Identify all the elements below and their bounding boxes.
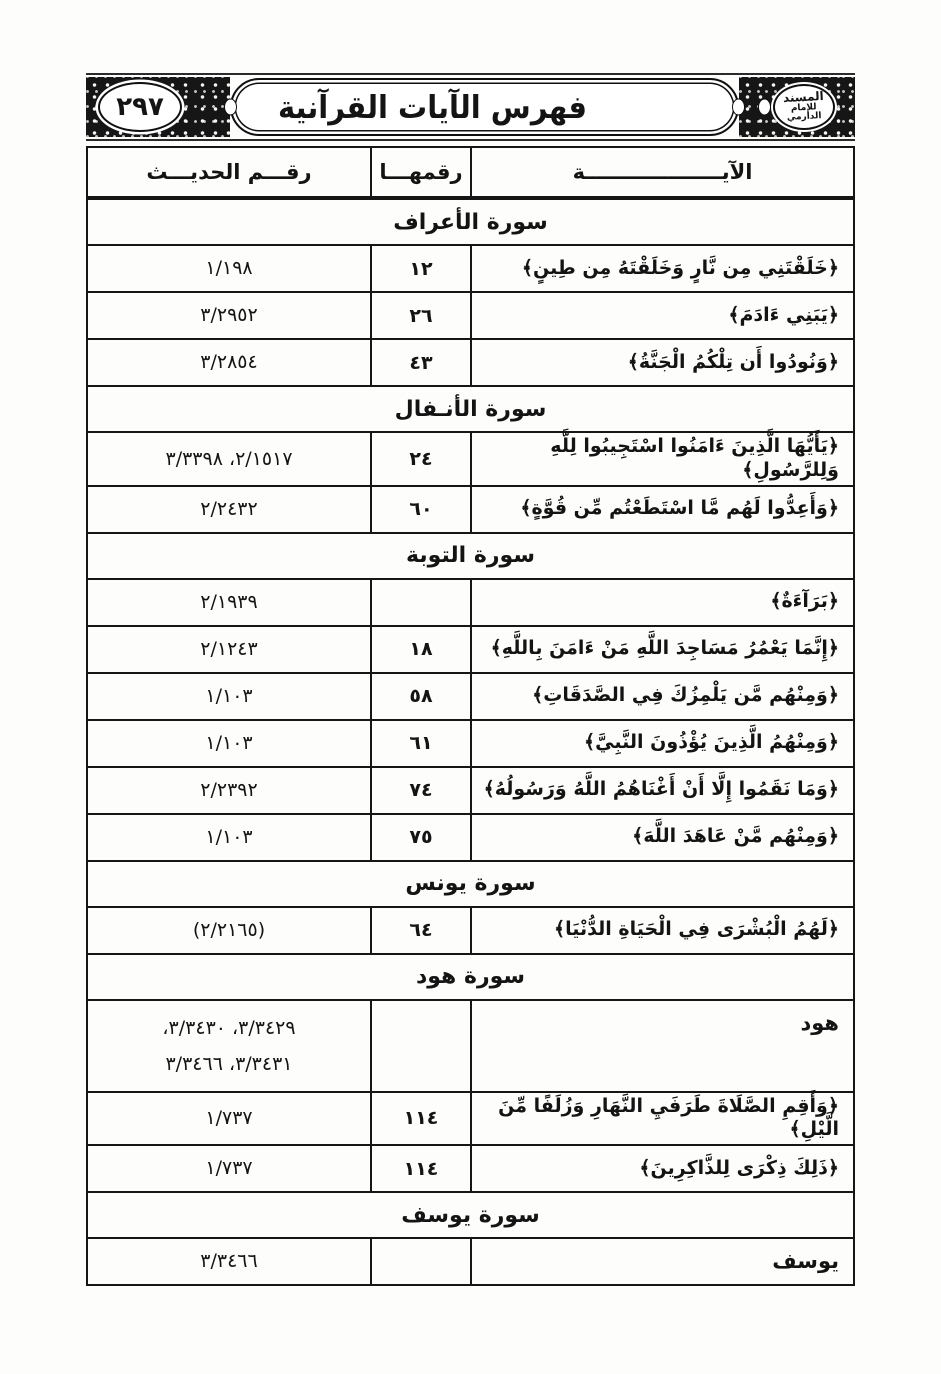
verse-row: ﴿يَبَنِي ءَادَمَ﴾ ٢٦ ٣/٢٩٥٢: [88, 291, 853, 338]
hadith-ref-cell: ٢/٢٣٩٢: [88, 768, 372, 813]
verse-number-cell: ٢٦: [372, 293, 472, 338]
page-number: ٢٩٧: [116, 92, 164, 122]
verse-row: ﴿خَلَقْتَنِي مِن نَّارٍ وَخَلَقْتَهُ مِن…: [88, 244, 853, 291]
verse-cell: ﴿وَأَعِدُّوا لَهُم مَّا اسْتَطَعْتُم مِّ…: [472, 487, 853, 532]
hadith-ref-cell: ١/١٠٣: [88, 721, 372, 766]
verse-cell: ﴿وَمِنْهُمُ الَّذِينَ يُؤْذُونَ النَّبِي…: [472, 721, 853, 766]
surah-header: سورة يوسف: [88, 1191, 853, 1237]
banner-ornament-strip-left: [194, 77, 230, 137]
publisher-seal: المسند للإمام الدارمي: [765, 77, 842, 137]
surah-title: سورة يوسف: [401, 1203, 540, 1228]
surah-header: سورة هود: [88, 953, 853, 999]
title-cartouche: فهرس الآيات القرآنية: [230, 78, 739, 136]
banner-wrap: المسند للإمام الدارمي فهرس الآيات القرآن…: [86, 0, 855, 141]
verse-row: يوسف ٣/٣٤٦٦: [88, 1237, 853, 1284]
hadith-ref-cell: ٢/١٥١٧، ٣/٣٣٩٨: [88, 433, 372, 485]
verse-row: ﴿وَأَقِمِ الصَّلَاةَ طَرَفَيِ النَّهَارِ…: [88, 1091, 853, 1145]
page-number-oval: ٢٩٧: [98, 82, 182, 132]
verse-cell: ﴿إِنَّمَا يَعْمُرُ مَسَاجِدَ اللَّهِ مَن…: [472, 627, 853, 672]
banner-edge-ornament: [842, 77, 855, 137]
surah-header: سورة الأعراف: [88, 198, 853, 244]
header-hadith-number: رقـــم الحديـــث: [88, 148, 372, 196]
verse-number-cell: [372, 1239, 472, 1284]
verse-number-cell: ٧٤: [372, 768, 472, 813]
surah-header: سورة يونس: [88, 860, 853, 906]
verse-cell: ﴿يَبَنِي ءَادَمَ﴾: [472, 293, 853, 338]
verse-row: ﴿وَمَا نَقَمُوا إِلَّا أَنْ أَغْنَاهُمُ …: [88, 766, 853, 813]
verse-number-cell: ٦٠: [372, 487, 472, 532]
verse-cell: ﴿بَرَآءَةٌ﴾: [472, 580, 853, 625]
verse-row: ﴿وَمِنْهُمُ الَّذِينَ يُؤْذُونَ النَّبِي…: [88, 719, 853, 766]
hadith-ref-cell: ١/١٩٨: [88, 246, 372, 291]
ornament-dot-icon: [732, 99, 745, 116]
verse-cell: يوسف: [472, 1239, 853, 1284]
verse-cell: ﴿يَأَيُّهَا الَّذِينَ ءَامَنُوا اسْتَجِي…: [472, 433, 853, 485]
verse-cell: هود: [472, 1001, 853, 1091]
hadith-ref-cell: ٣/٢٨٥٤: [88, 340, 372, 385]
verse-cell: ﴿خَلَقْتَنِي مِن نَّارٍ وَخَلَقْتَهُ مِن…: [472, 246, 853, 291]
ornament-dot-icon: [758, 99, 771, 116]
verse-number-cell: ٦١: [372, 721, 472, 766]
page-number-badge: ٢٩٧: [86, 77, 194, 137]
header-verse-number: رقمهـــا: [372, 148, 472, 196]
hadith-ref-cell: ٣/٣٤٦٦: [88, 1239, 372, 1284]
verse-row: ﴿بَرَآءَةٌ﴾ ٢/١٩٣٩: [88, 578, 853, 625]
verse-cell: ﴿وَمِنْهُم مَّنْ عَاهَدَ اللَّهَ﴾: [472, 815, 853, 860]
verse-cell: ﴿لَهُمُ الْبُشْرَى فِي الْحَيَاةِ الدُّن…: [472, 908, 853, 953]
surah-title: سورة الأنـفال: [395, 397, 547, 422]
verse-number-cell: ٢٤: [372, 433, 472, 485]
verse-row: ﴿وَأَعِدُّوا لَهُم مَّا اسْتَطَعْتُم مِّ…: [88, 485, 853, 532]
verse-index-table: الآيـــــــــــــــــــة رقمهـــا رقـــم…: [86, 146, 855, 1286]
book-page: المسند للإمام الدارمي فهرس الآيات القرآن…: [0, 0, 941, 1374]
verse-cell: ﴿وَمَا نَقَمُوا إِلَّا أَنْ أَغْنَاهُمُ …: [472, 768, 853, 813]
verse-cell: ﴿وَأَقِمِ الصَّلَاةَ طَرَفَيِ النَّهَارِ…: [472, 1093, 853, 1145]
verse-cell: ﴿وَمِنْهُم مَّن يَلْمِزُكَ فِي الصَّدَقَ…: [472, 674, 853, 719]
page-title: فهرس الآيات القرآنية: [278, 89, 587, 126]
hadith-ref-cell: (٢/٢١٦٥): [88, 908, 372, 953]
surah-title: سورة هود: [416, 964, 525, 989]
hadith-ref-cell: ٢/١٢٤٣: [88, 627, 372, 672]
publisher-seal-calligraphy-icon: المسند للإمام الدارمي: [773, 84, 835, 130]
verse-number-cell: ١١٤: [372, 1146, 472, 1191]
hadith-ref-cell: ١/٧٣٧: [88, 1093, 372, 1145]
hadith-ref-cell: ٣/٣٤٢٩، ٣/٣٤٣٠، ٣/٣٤٣١، ٣/٣٤٦٦: [88, 1001, 372, 1091]
ornament-dot-icon: [224, 99, 237, 116]
verse-number-cell: ٤٣: [372, 340, 472, 385]
hadith-ref-cell: ٢/٢٤٣٢: [88, 487, 372, 532]
surah-title: سورة التوبة: [406, 543, 535, 568]
hadith-ref-cell: ١/١٠٣: [88, 815, 372, 860]
verse-number-cell: ٦٤: [372, 908, 472, 953]
verse-number-cell: [372, 580, 472, 625]
verse-row: ﴿لَهُمُ الْبُشْرَى فِي الْحَيَاةِ الدُّن…: [88, 906, 853, 953]
hadith-ref-cell: ٣/٢٩٥٢: [88, 293, 372, 338]
surah-title: سورة الأعراف: [393, 210, 548, 235]
verse-row: ﴿يَأَيُّهَا الَّذِينَ ءَامَنُوا اسْتَجِي…: [88, 431, 853, 485]
scanned-book-page: { "header": { "page_number": "٢٩٧", "tit…: [0, 0, 941, 1374]
verse-cell: ﴿وَنُودُوا أَن تِلْكُمُ الْجَنَّةُ﴾: [472, 340, 853, 385]
hadith-ref-cell: ١/١٠٣: [88, 674, 372, 719]
page-header-banner: المسند للإمام الدارمي فهرس الآيات القرآن…: [86, 73, 855, 141]
surah-title: سورة يونس: [405, 871, 535, 896]
verse-cell: ﴿ذَلِكَ ذِكْرَى لِلذَّاكِرِينَ﴾: [472, 1146, 853, 1191]
surah-header: سورة التوبة: [88, 532, 853, 578]
verse-row: ﴿إِنَّمَا يَعْمُرُ مَسَاجِدَ اللَّهِ مَن…: [88, 625, 853, 672]
verse-number-cell: ٧٥: [372, 815, 472, 860]
verse-row: هود ٣/٣٤٢٩، ٣/٣٤٣٠، ٣/٣٤٣١، ٣/٣٤٦٦: [88, 999, 853, 1091]
hadith-ref-cell: ١/٧٣٧: [88, 1146, 372, 1191]
verse-number-cell: ١٨: [372, 627, 472, 672]
verse-number-cell: ٥٨: [372, 674, 472, 719]
verse-row: ﴿ذَلِكَ ذِكْرَى لِلذَّاكِرِينَ﴾ ١١٤ ١/٧٣…: [88, 1144, 853, 1191]
verse-row: ﴿وَنُودُوا أَن تِلْكُمُ الْجَنَّةُ﴾ ٤٣ ٣…: [88, 338, 853, 385]
verse-number-cell: ١١٤: [372, 1093, 472, 1145]
verse-number-cell: ١٢: [372, 246, 472, 291]
seal-text-line2: للإمام الدارمي: [774, 102, 833, 124]
hadith-ref-cell: ٢/١٩٣٩: [88, 580, 372, 625]
surah-header: سورة الأنـفال: [88, 385, 853, 431]
header-verse: الآيـــــــــــــــــــة: [472, 148, 853, 196]
verse-row: ﴿وَمِنْهُم مَّن يَلْمِزُكَ فِي الصَّدَقَ…: [88, 672, 853, 719]
table-header-row: الآيـــــــــــــــــــة رقمهـــا رقـــم…: [88, 148, 853, 198]
verse-number-cell: [372, 1001, 472, 1091]
verse-row: ﴿وَمِنْهُم مَّنْ عَاهَدَ اللَّهَ﴾ ٧٥ ١/١…: [88, 813, 853, 860]
